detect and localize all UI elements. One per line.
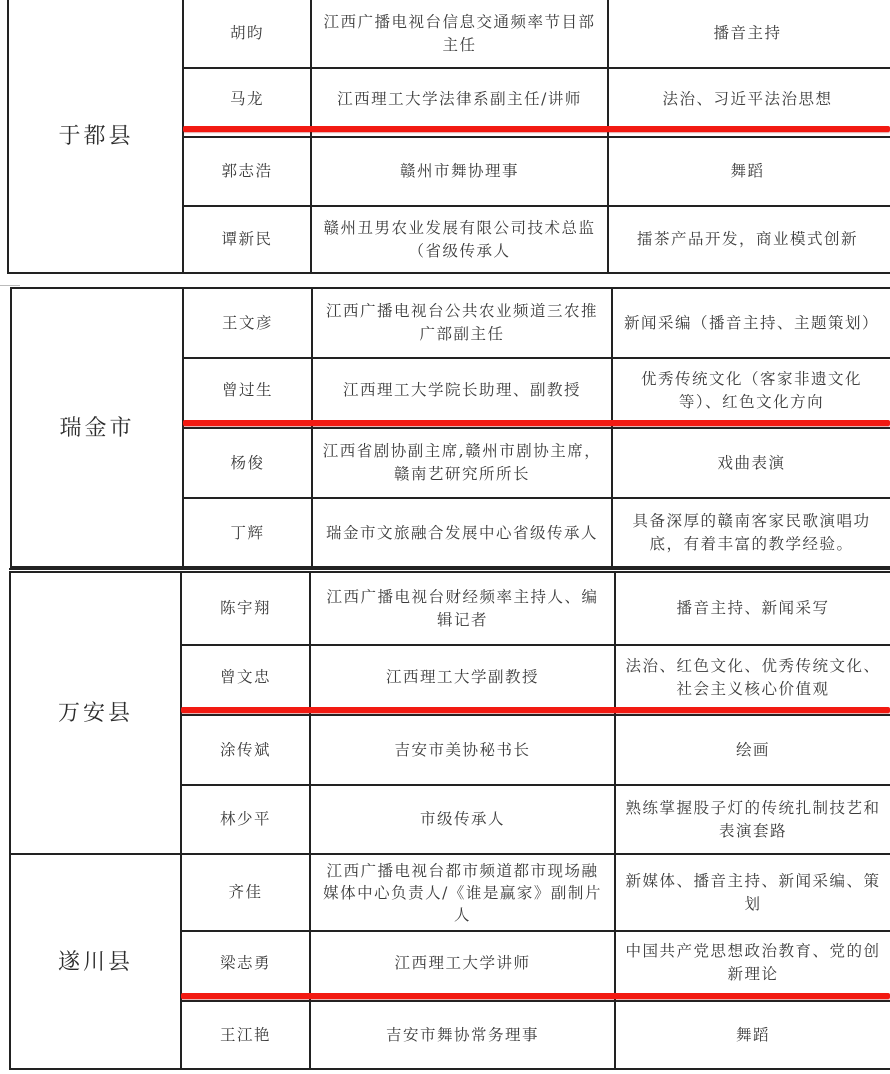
- page-break-marker: [0, 285, 20, 286]
- red-highlight-line: [183, 420, 890, 426]
- position-cell: 江西广播电视台信息交通频率节目部主任: [312, 0, 607, 67]
- name-cell: 马龙: [184, 69, 310, 129]
- specialty-cell: 中国共产党思想政治教育、党的创新理论: [616, 932, 890, 994]
- red-highlight-line: [183, 126, 890, 132]
- name-cell: 曾文忠: [182, 646, 309, 709]
- position-cell: 吉安市舞协常务理事: [311, 1002, 614, 1068]
- county-cell: 于都县: [9, 0, 183, 272]
- name-cell: 杨俊: [184, 429, 311, 497]
- name-cell: 陈宇翔: [182, 573, 309, 644]
- county-cell: 万安县: [11, 573, 180, 853]
- name-cell: 梁志勇: [182, 932, 309, 994]
- position-cell: 赣州市舞协理事: [312, 138, 607, 205]
- position-cell: 赣州丑男农业发展有限公司技术总监（省级传承人: [312, 207, 607, 272]
- name-cell: 丁辉: [184, 499, 311, 567]
- specialty-cell: 舞蹈: [616, 1002, 890, 1068]
- name-cell: 涂传斌: [182, 716, 309, 784]
- county-cell: 遂川县: [11, 855, 180, 1069]
- position-cell: 江西广播电视台公共农业频道三农推广部副主任: [313, 289, 611, 357]
- position-cell: 瑞金市文旅融合发展中心省级传承人: [313, 499, 611, 567]
- specialty-cell: 新媒体、播音主持、新闻采编、策划: [616, 855, 890, 930]
- name-cell: 王文彦: [184, 289, 311, 357]
- specialty-cell: 擂茶产品开发，商业模式创新: [609, 207, 886, 272]
- specialty-cell: 优秀传统文化（客家非遗文化等）、红色文化方向: [613, 359, 890, 422]
- name-cell: 林少平: [182, 786, 309, 853]
- name-cell: 齐佳: [182, 855, 309, 930]
- specialty-cell: 播音主持: [609, 0, 886, 67]
- row-divider: [9, 568, 890, 570]
- position-cell: 江西理工大学院长助理、副教授: [313, 359, 611, 422]
- name-cell: 胡昀: [184, 0, 310, 67]
- position-cell: 江西理工大学副教授: [311, 646, 614, 709]
- specialty-cell: 戏曲表演: [613, 429, 890, 497]
- specialty-cell: 熟练掌握股子灯的传统扎制技艺和表演套路: [616, 786, 890, 853]
- position-cell: 市级传承人: [311, 786, 614, 853]
- position-cell: 江西省剧协副主席,赣州市剧协主席，赣南艺研究所所长: [313, 429, 611, 497]
- specialty-cell: 舞蹈: [609, 138, 886, 205]
- position-cell: 江西广播电视台财经频率主持人、编辑记者: [311, 573, 614, 644]
- red-highlight-line: [181, 993, 890, 999]
- position-cell: 江西广播电视台都市频道都市现场融媒体中心负责人/《谁是赢家》副制片人: [311, 855, 614, 930]
- county-cell: 瑞金市: [12, 289, 182, 567]
- specialty-cell: 绘画: [616, 716, 890, 784]
- position-cell: 吉安市美协秘书长: [311, 716, 614, 784]
- specialty-cell: 播音主持、新闻采写: [616, 573, 890, 644]
- red-highlight-line: [181, 707, 890, 713]
- specialty-cell: 新闻采编（播音主持、主题策划）: [613, 289, 890, 357]
- specialty-cell: 法治、习近平法治思想: [609, 69, 886, 129]
- name-cell: 郭志浩: [184, 138, 310, 205]
- name-cell: 曾过生: [184, 359, 311, 422]
- specialty-cell: 法治、红色文化、优秀传统文化、社会主义核心价值观: [616, 646, 890, 709]
- name-cell: 谭新民: [184, 207, 310, 272]
- position-cell: 江西理工大学法律系副主任/讲师: [312, 69, 607, 129]
- specialty-cell: 具备深厚的赣南客家民歌演唱功底，有着丰富的教学经验。: [613, 499, 890, 567]
- name-cell: 王江艳: [182, 1002, 309, 1068]
- position-cell: 江西理工大学讲师: [311, 932, 614, 994]
